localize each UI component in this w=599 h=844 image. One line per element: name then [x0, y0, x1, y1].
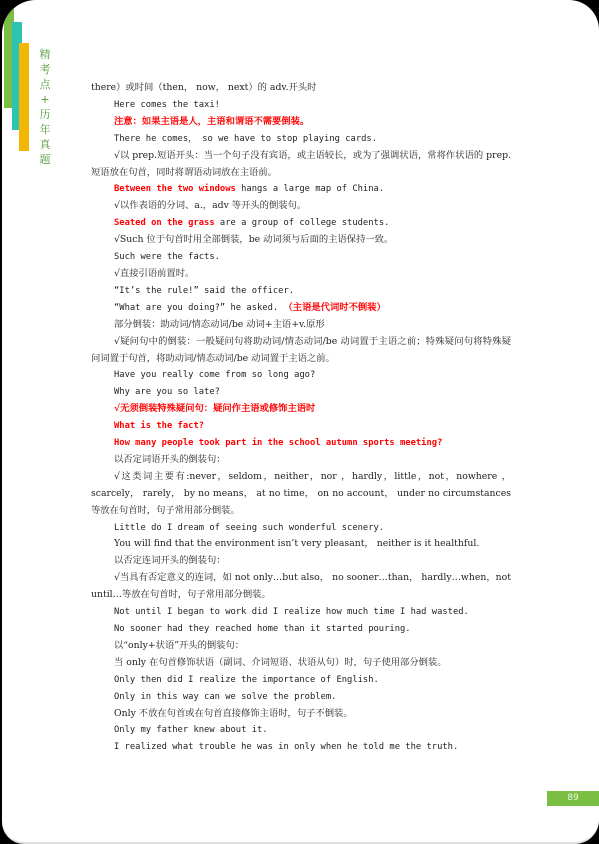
side-char: 精 — [38, 47, 52, 62]
text-line: √以 prep.短语开头：当一个句子没有宾语，或主语较长，或为了强调状语，常将作… — [91, 148, 511, 182]
document-body: there）或时间（then， now， next）的 adv.开头时Here … — [91, 80, 511, 756]
text-line: 以否定词语开头的倒装句： — [91, 452, 511, 469]
side-char: 年 — [38, 122, 52, 137]
yellow-accent-bar — [19, 43, 29, 151]
text-line: “It’s the rule!” said the officer. — [91, 283, 511, 300]
text-line: 以否定连词开头的倒装句： — [91, 553, 511, 570]
text-line: Only 不放在句首或在句首直接修饰主语时，句子不倒装。 — [91, 706, 511, 723]
text-line: √直接引语前置时。 — [91, 266, 511, 283]
text-line: there）或时间（then， now， next）的 adv.开头时 — [91, 80, 511, 97]
text-line: Have you really come from so long ago? — [91, 367, 511, 384]
text-line: 部分倒装：助动词/情态动词/be 动词+主语+v.原形 — [91, 317, 511, 334]
side-char: + — [38, 92, 52, 107]
side-char: 点 — [38, 77, 52, 92]
text-line: 当 only 在句首修饰状语（副词、介词短语、状语从句）时，句子使用部分倒装。 — [91, 655, 511, 672]
text-line: √Such 位于句首时用全部倒装，be 动词须与后面的主语保持一致。 — [91, 232, 511, 249]
text-line: No sooner had they reached home than it … — [91, 621, 511, 638]
emphasized-note: （主语是代词时不倒装） — [283, 302, 385, 313]
text-line: Only then did I realize the importance o… — [91, 672, 511, 689]
text-line: 注意：如果主语是人，主语和谓语不需要倒装。 — [91, 114, 511, 131]
text-line: There he comes， so we have to stop playi… — [91, 131, 511, 148]
text-line: √这类词主要有:never，seldom，neither，nor ，hardly… — [91, 469, 511, 520]
emphasized-phrase: Between the two windows — [114, 184, 236, 194]
text-line: I realized what trouble he was in only w… — [91, 739, 511, 756]
text-line: Such were the facts. — [91, 249, 511, 266]
text-line: What is the fact? — [91, 418, 511, 435]
text-line: √无须倒装特殊疑问句：疑问作主语或修饰主语时 — [91, 401, 511, 418]
text-line: Not until I began to work did I realize … — [91, 604, 511, 621]
line-text: are a group of college students. — [215, 218, 390, 228]
section-side-label: 精 考 点 + 历 年 真 题 — [38, 47, 52, 167]
text-line: Why are you so late? — [91, 384, 511, 401]
text-line: √疑问句中的倒装：一般疑问句将助动词/情态动词/be 动词置于主语之前；特殊疑问… — [91, 334, 511, 368]
side-char: 考 — [38, 62, 52, 77]
text-line: How many people took part in the school … — [91, 435, 511, 452]
text-line: √当具有否定意义的连词，如 not only…but also， no soon… — [91, 570, 511, 604]
emphasized-phrase: Seated on the grass — [114, 218, 215, 228]
text-line: Little do I dream of seeing such wonderf… — [91, 520, 511, 537]
side-char: 历 — [38, 107, 52, 122]
line-text: hangs a large map of China. — [236, 184, 384, 194]
side-char: 题 — [38, 152, 52, 167]
text-line: “What are you doing?” he asked. （主语是代词时不… — [91, 300, 511, 317]
text-line: Only in this way can we solve the proble… — [91, 689, 511, 706]
side-char: 真 — [38, 137, 52, 152]
text-line: Seated on the grass are a group of colle… — [91, 215, 511, 232]
document-page: 精 考 点 + 历 年 真 题 there）或时间（then， now， nex… — [2, 0, 599, 844]
text-line: √以作表语的分词、a.，adv 等开头的倒装句。 — [91, 198, 511, 215]
text-line: You will find that the environment isn’t… — [91, 536, 511, 553]
text-line: Here comes the taxi! — [91, 97, 511, 114]
line-text: “What are you doing?” he asked. — [114, 303, 283, 313]
text-line: Only my father knew about it. — [91, 722, 511, 739]
page-number: 89 — [547, 791, 599, 806]
text-line: 以“only+状语”开头的倒装句： — [91, 638, 511, 655]
text-line: Between the two windows hangs a large ma… — [91, 181, 511, 198]
